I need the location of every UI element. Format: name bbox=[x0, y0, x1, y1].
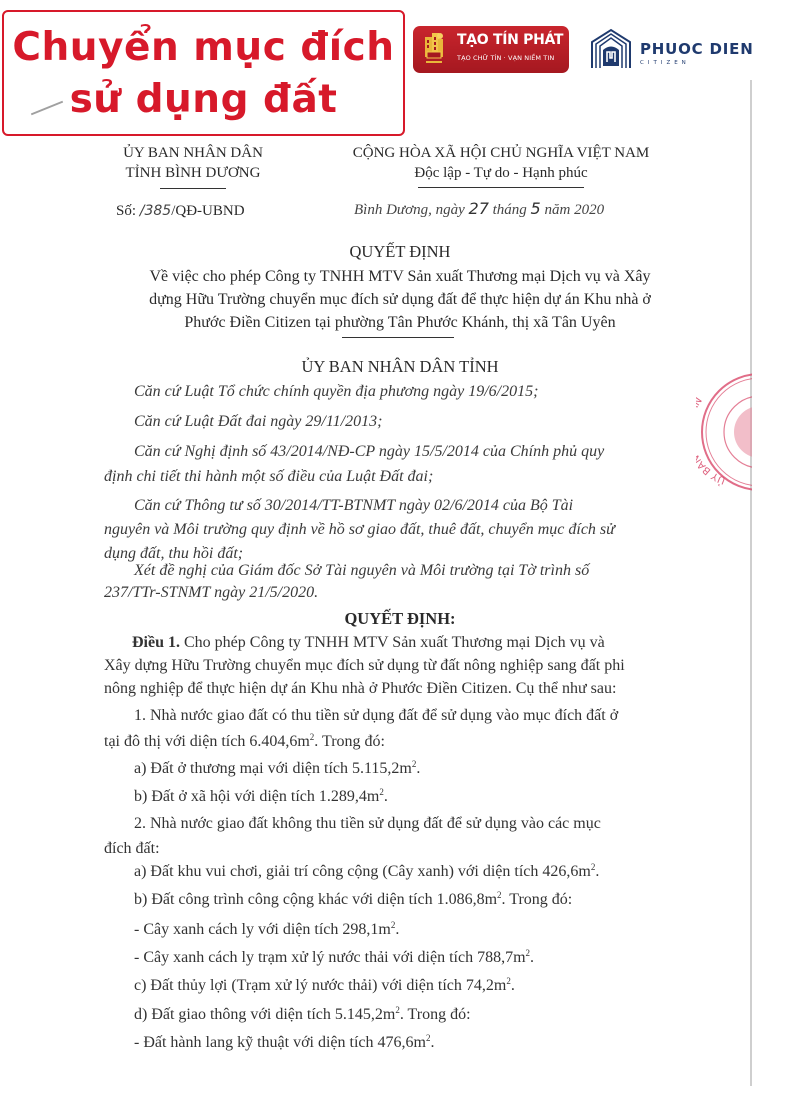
decision-subject-line: Về việc cho phép Công ty TNHH MTV Sản xu… bbox=[80, 265, 720, 288]
article-item: đích đất: bbox=[104, 840, 160, 858]
authority-heading: ỦY BAN NHÂN DÂN TỈNH bbox=[80, 357, 720, 377]
handwritten-month: 5 bbox=[531, 199, 541, 218]
legal-basis: Xét đề nghị của Giám đốc Sở Tài nguyên v… bbox=[134, 562, 589, 580]
article-item: 1. Nhà nước giao đất có thu tiền sử dụng… bbox=[134, 707, 618, 725]
article-item: a) Đất ở thương mại với diện tích 5.115,… bbox=[134, 759, 420, 778]
article-item: 2. Nhà nước giao đất không thu tiền sử d… bbox=[134, 815, 601, 833]
decision-title: QUYẾT ĐỊNH bbox=[80, 242, 720, 262]
nation-motto: Độc lập - Tự do - Hạnh phúc bbox=[326, 163, 676, 183]
handwritten-number: /385 bbox=[140, 203, 171, 219]
article-item: tại đô thị với diện tích 6.404,6m2. Tron… bbox=[104, 732, 385, 751]
legal-basis: 237/TTr-STNMT ngày 21/5/2020. bbox=[104, 584, 318, 602]
decides-heading: QUYẾT ĐỊNH: bbox=[80, 609, 720, 629]
document-date: Bình Dương, ngày 27 tháng 5 năm 2020 bbox=[354, 199, 604, 219]
article-item: b) Đất công trình công cộng khác với diệ… bbox=[134, 890, 572, 909]
document-number: Số: /385/QĐ-UBND bbox=[116, 203, 245, 220]
subject-underline bbox=[342, 337, 454, 338]
decision-subject-line: Phước Điền Citizen tại phường Tân Phước … bbox=[80, 311, 720, 334]
legal-basis: Căn cứ Luật Đất đai ngày 29/11/2013; bbox=[134, 413, 382, 431]
legal-basis: định chi tiết thi hành một số điều của L… bbox=[104, 468, 433, 486]
legal-basis: dụng đất, thu hồi đất; bbox=[104, 545, 243, 563]
article-1-line: nông nghiệp để thực hiện dự án Khu nhà ở… bbox=[104, 680, 616, 698]
agency-line-2: TỈNH BÌNH DƯƠNG bbox=[116, 163, 270, 183]
handwritten-day: 27 bbox=[469, 199, 489, 218]
legal-basis: Căn cứ Thông tư số 30/2014/TT-BTNMT ngày… bbox=[134, 497, 573, 515]
decision-document: ỦY BAN NHÂN DÂN TỈNH BÌNH DƯƠNG CỘNG HÒA… bbox=[0, 0, 800, 1100]
article-item: b) Đất ở xã hội với diện tích 1.289,4m2. bbox=[134, 787, 388, 806]
article-1-line: Điều 1. Cho phép Công ty TNHH MTV Sản xu… bbox=[132, 634, 605, 652]
legal-basis: nguyên và Môi trường quy định về hồ sơ g… bbox=[104, 521, 615, 539]
article-item: - Cây xanh cách ly trạm xử lý nước thải … bbox=[134, 948, 534, 967]
red-seal-stamp: ỦY BAN NHÂN DÂN bbox=[696, 368, 752, 496]
legal-basis: Căn cứ Nghị định số 43/2014/NĐ-CP ngày 1… bbox=[134, 443, 604, 461]
decision-subject-line: dựng Hữu Trường chuyển mục đích sử dụng … bbox=[80, 288, 720, 311]
nation-line: CỘNG HÒA XÃ HỘI CHỦ NGHĨA VIỆT NAM bbox=[326, 143, 676, 163]
article-item: - Cây xanh cách ly với diện tích 298,1m2… bbox=[134, 920, 399, 939]
article-item: a) Đất khu vui chơi, giải trí công cộng … bbox=[134, 862, 599, 881]
article-item: d) Đất giao thông với diện tích 5.145,2m… bbox=[134, 1005, 471, 1024]
svg-text:ỦY BAN NHÂN DÂN: ỦY BAN NHÂN DÂN bbox=[696, 396, 727, 489]
seal-icon: ỦY BAN NHÂN DÂN bbox=[696, 368, 752, 496]
legal-basis: Căn cứ Luật Tổ chức chính quyền địa phươ… bbox=[134, 383, 538, 401]
article-1-line: Xây dựng Hữu Trường chuyển mục đích sử d… bbox=[104, 657, 625, 675]
motto-underline bbox=[418, 187, 584, 188]
article-1-label: Điều 1. bbox=[132, 634, 180, 651]
article-item: - Đất hành lang kỹ thuật với diện tích 4… bbox=[134, 1033, 434, 1052]
article-item: c) Đất thủy lợi (Trạm xử lý nước thải) v… bbox=[134, 976, 515, 995]
agency-line-1: ỦY BAN NHÂN DÂN bbox=[116, 143, 270, 163]
agency-underline bbox=[160, 188, 226, 189]
